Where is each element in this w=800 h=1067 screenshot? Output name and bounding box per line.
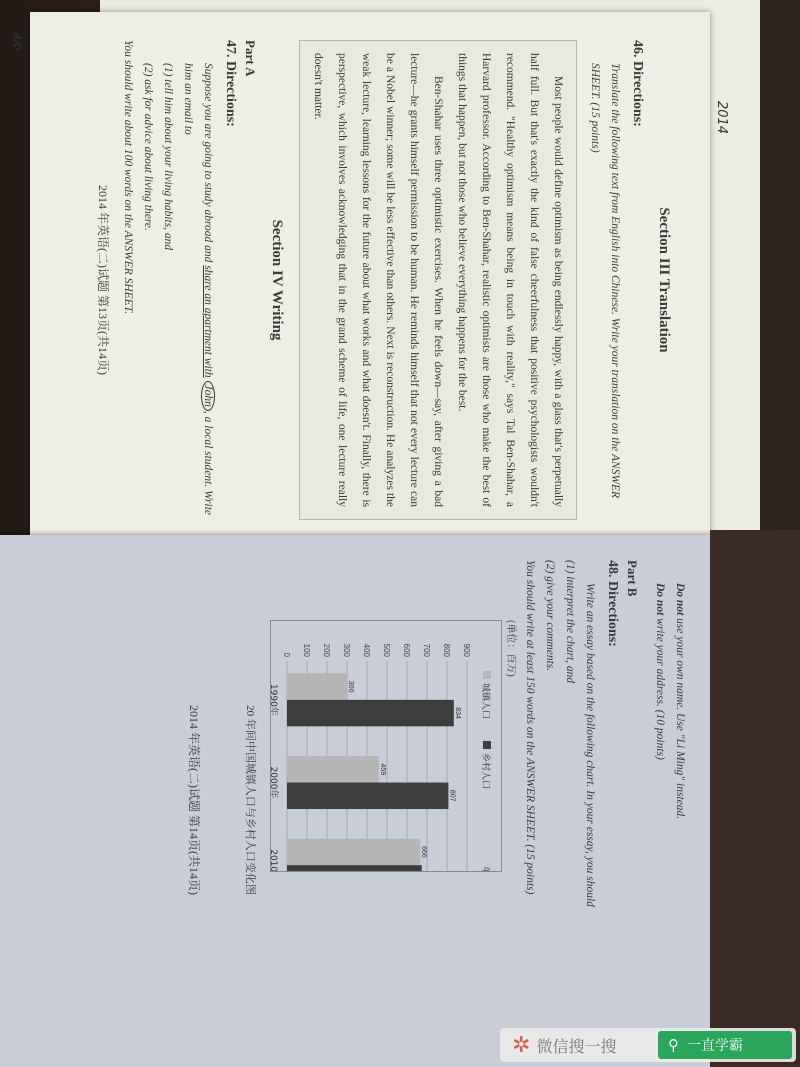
svg-text:300: 300	[342, 644, 351, 658]
page-13-footer: 2014 年英语(二)试题 第13页(共14页)	[95, 40, 112, 520]
svg-text:100: 100	[302, 644, 311, 658]
wechat-search-label: 微信搜一搜	[536, 1034, 616, 1057]
svg-text:2000年: 2000年	[270, 767, 280, 799]
svg-text:乡村人口: 乡村人口	[480, 753, 492, 789]
translation-paragraph: Ben-Shahar uses three optimistic exercis…	[306, 53, 450, 507]
note-text: use your own name. Use "Li Ming" instead…	[674, 615, 686, 819]
note-bold: Do not	[674, 583, 686, 615]
svg-text:834: 834	[454, 707, 461, 719]
svg-text:1990年: 1990年	[270, 684, 280, 716]
q48-requirement: You should write at least 150 words on t…	[520, 560, 540, 1040]
svg-text:300: 300	[347, 681, 354, 693]
svg-text:459: 459	[379, 763, 386, 775]
svg-text:700: 700	[422, 644, 431, 658]
desk-edge	[710, 530, 800, 1067]
q46-directions: 46. Directions:	[629, 40, 645, 520]
q47-prompt: Suppose you are going to study abroad an…	[178, 40, 218, 520]
q47-underlined-phrase: share an apartment with	[202, 265, 214, 377]
chart-wrapper: (单位：百万) 0100200300400500600700800900城镇人口…	[265, 560, 520, 1040]
q48-item: (2) give your comments.	[540, 560, 560, 1040]
chart-unit-label: (单位：百万)	[505, 620, 520, 677]
chart-caption: 20 年间中国城镇人口与乡村人口变化图	[243, 560, 259, 1040]
q48-directions: 48. Directions:	[604, 560, 620, 1040]
note-address: Do not write your address. (10 points)	[650, 560, 670, 1040]
q46-instruction: Translate the following text from Englis…	[585, 40, 625, 520]
page-14-footer: 2014 年英语(二)试题 第14页(共14页)	[186, 560, 203, 1040]
q47-text: Suppose you are going to study abroad an…	[202, 63, 214, 265]
handwritten-year: 2014	[714, 101, 729, 134]
svg-text:800: 800	[442, 644, 451, 658]
search-account-label: 一直学霸	[687, 1035, 743, 1055]
svg-text:单位(百万): 单位(百万)	[480, 866, 492, 872]
translation-passage: Most people would define optimism as bei…	[299, 40, 577, 520]
svg-text:2010年: 2010年	[270, 849, 280, 872]
svg-text:500: 500	[382, 644, 391, 658]
handwritten-margin-note: 4/0	[10, 33, 23, 51]
svg-text:900: 900	[462, 644, 471, 658]
q47-requirement: You should write about 100 words on the …	[118, 40, 138, 520]
q48-item: (1) interpret the chart, and	[560, 560, 580, 1040]
svg-text:200: 200	[322, 644, 331, 658]
svg-text:0: 0	[282, 653, 291, 658]
section-iii-title: Section III Translation	[655, 40, 672, 520]
svg-text:600: 600	[402, 644, 411, 658]
svg-text:400: 400	[362, 644, 371, 658]
q47-item: (1) tell him about your living habits, a…	[158, 40, 178, 520]
q48-instruction: Write an essay based on the following ch…	[580, 560, 600, 1040]
q47-item: (2) ask for advice about living there.	[138, 40, 158, 520]
svg-text:807: 807	[448, 790, 455, 802]
wechat-search-banner[interactable]: ✲ 微信搜一搜 ⚲ 一直学霸	[500, 1028, 796, 1062]
svg-text:666: 666	[420, 846, 427, 858]
note-bold: Do not	[654, 583, 666, 615]
q47-directions: 47. Directions:	[222, 40, 238, 520]
population-bar-chart: 0100200300400500600700800900城镇人口乡村人口单位(百…	[270, 620, 502, 872]
part-b-label: Part B	[624, 560, 640, 1040]
note-name: Do not use your own name. Use "Li Ming" …	[670, 560, 690, 1040]
wechat-search-logo-icon: ✲	[512, 1033, 530, 1058]
search-icon: ⚲	[668, 1036, 679, 1054]
page-14-content: Do not use your own name. Use "Li Ming" …	[30, 560, 690, 1040]
search-account-button[interactable]: ⚲ 一直学霸	[658, 1031, 792, 1059]
svg-text:城镇人口: 城镇人口	[480, 683, 492, 719]
q47-circled-name: John	[201, 381, 215, 411]
translation-paragraph: Most people would define optimism as bei…	[450, 53, 570, 507]
note-text: write your address. (10 points)	[654, 615, 666, 760]
part-a-label: Part A	[242, 40, 258, 520]
section-iv-title: Section IV Writing	[268, 40, 285, 520]
page-13-content: Section III Translation 46. Directions: …	[40, 40, 680, 520]
